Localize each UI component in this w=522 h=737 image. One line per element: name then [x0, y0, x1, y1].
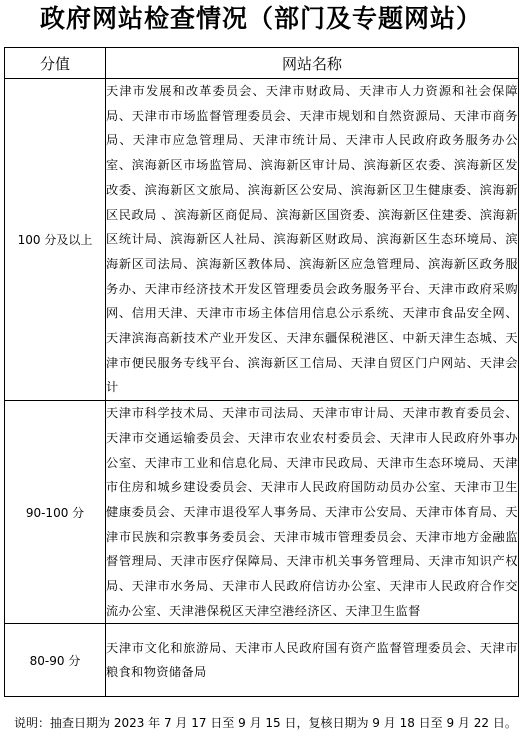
table-row: 90-100 分 天津市科学技术局、天津市司法局、天津市审计局、天津市教育委员会…	[5, 401, 519, 624]
score-table: 分值 网站名称 100 分及以上 天津市发展和改革委员会、天津市财政局、天津市人…	[4, 47, 519, 697]
score-cell: 90-100 分	[5, 401, 106, 624]
table-row: 100 分及以上 天津市发展和改革委员会、天津市财政局、天津市人力资源和社会保障…	[5, 79, 519, 401]
page-title: 政府网站检查情况（部门及专题网站）	[0, 2, 522, 36]
score-cell: 100 分及以上	[5, 79, 106, 401]
header-site-name: 网站名称	[106, 48, 519, 79]
table-row: 80-90 分 天津市文化和旅游局、天津市人民政府国有资产监督管理委员会、天津市…	[5, 624, 519, 697]
site-names-cell: 天津市科学技术局、天津市司法局、天津市审计局、天津市教育委员会、天津市交通运输委…	[106, 401, 519, 624]
score-cell: 80-90 分	[5, 624, 106, 697]
table-header-row: 分值 网站名称	[5, 48, 519, 79]
header-score: 分值	[5, 48, 106, 79]
site-names-cell: 天津市文化和旅游局、天津市人民政府国有资产监督管理委员会、天津市粮食和物资储备局	[106, 624, 519, 697]
site-names-cell: 天津市发展和改革委员会、天津市财政局、天津市人力资源和社会保障局、天津市市场监督…	[106, 79, 519, 401]
footnote: 说明：抽查日期为 2023 年 7 月 17 日至 9 月 15 日，复核日期为…	[14, 714, 517, 731]
